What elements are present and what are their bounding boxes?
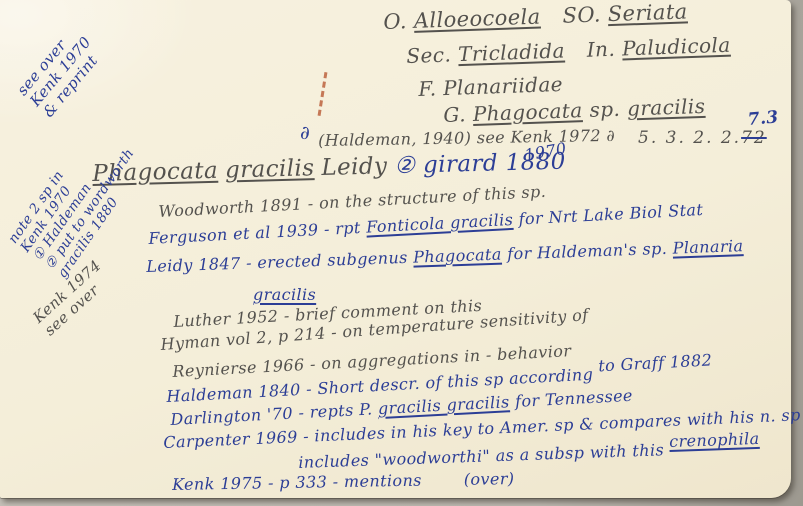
section-prefix: Sec.: [406, 42, 452, 68]
scan-background: O.AlloeocoelaSO.Seriata Sec.TricladidaIn…: [0, 0, 803, 506]
entry-kenk-1975: Kenk 1975 - p 333 - mentions(over): [172, 469, 515, 494]
suborder-prefix: SO.: [562, 2, 601, 27]
heading-blue-addition: ② girard 1880: [394, 149, 566, 179]
order-prefix: O.: [383, 9, 407, 34]
entry-gracilis-continuation: gracilis: [253, 285, 316, 304]
synonym-line: (Haldeman, 1940) see Kenk 1972 ∂: [318, 126, 615, 150]
family-name: F. Planariidae: [418, 72, 563, 101]
taxonomy-section-line: Sec.TricladidaIn.Paludicola: [406, 33, 731, 68]
taxonomy-family-line: F. Planariidae: [418, 72, 563, 101]
taxonomy-order-line: O.AlloeocoelaSO.Seriata: [383, 0, 688, 34]
heading-species: gracilis: [225, 155, 315, 183]
section-name: Tricladida: [458, 38, 566, 66]
order-name: Alloeocoela: [413, 5, 541, 33]
genus-name: Phagocata: [472, 98, 583, 126]
infraorder-prefix: In.: [586, 37, 615, 62]
code-number: 5. 3. 2. 2.: [638, 128, 741, 148]
taxonomy-genus-line: G.Phagocatasp.gracilis: [443, 94, 706, 127]
red-crease-mark: [318, 72, 328, 116]
index-card: O.AlloeocoelaSO.Seriata Sec.TricladidaIn…: [0, 0, 791, 498]
code-line: 5. 3. 2. 2.72: [638, 128, 767, 148]
margin-note-two-species: note 2 sp in Kenk 1970 ① Haldeman ② put …: [6, 120, 150, 281]
code-struck: 72: [741, 128, 767, 148]
heading-author: Leidy: [321, 153, 388, 181]
infraorder-name: Paludicola: [622, 33, 731, 61]
suborder-name: Seriata: [607, 0, 688, 26]
genus-prefix: G.: [443, 102, 466, 127]
code-correction: 7.3: [747, 107, 779, 130]
synonym-mark: ∂: [300, 122, 310, 144]
species-heading: PhagocatagracilisLeidy② girard 1880: [92, 149, 566, 187]
species-name: gracilis: [627, 94, 706, 121]
margin-note-see-over: see over Kenk 1970 & reprint: [14, 23, 107, 120]
sp-label: sp.: [589, 97, 620, 122]
